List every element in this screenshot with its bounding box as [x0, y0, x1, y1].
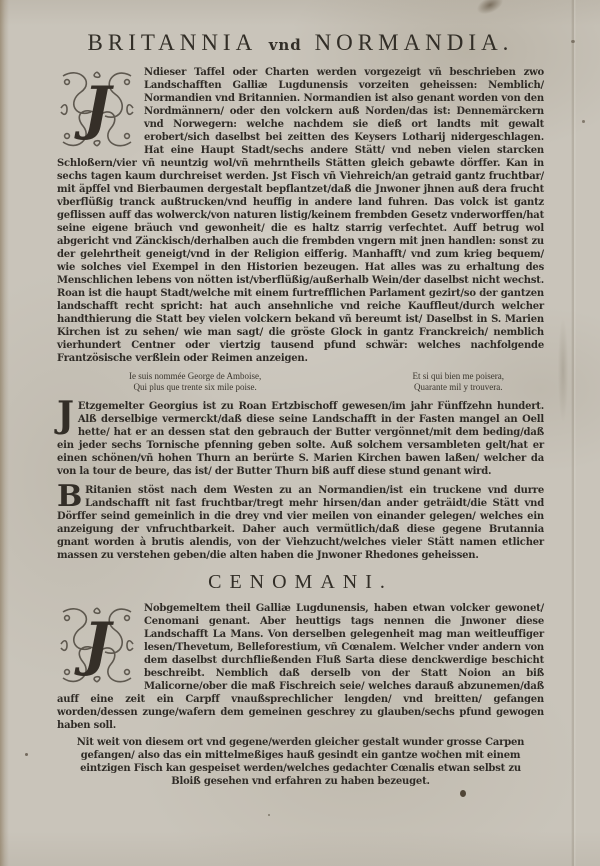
french-verse: Ie suis nommée George de Amboise, Qui pl…: [57, 371, 544, 393]
paragraph-cenomani: J Nobgemeltem theil Galliæ Lugdunensis, …: [57, 602, 544, 732]
paragraph-britanien: B Ritanien stöst nach dem Westen zu an N…: [57, 484, 544, 562]
verse-column-right: Et si qui bien me poisera, Quarante mil …: [413, 371, 504, 393]
dropcap-letter: B: [57, 484, 85, 509]
verse-line: Ie suis nommée George de Amboise,: [129, 371, 261, 382]
paragraph-normandia: J Ndieser Taffel oder Charten werden vor…: [57, 66, 544, 365]
paragraph-text: Ritanien stöst nach dem Westen zu an Nor…: [57, 485, 544, 561]
text-block: BRITANNIA vnd NORMANDIA.: [0, 0, 600, 788]
woodcut-initial-normandia: J: [57, 68, 137, 150]
title-word-normandia: NORMANDIA.: [315, 30, 514, 55]
ink-speck: [460, 790, 466, 797]
section-heading-cenomani: CENOMANI.: [57, 571, 544, 594]
woodcut-initial-cenomani: J: [57, 604, 137, 686]
page-title: BRITANNIA vnd NORMANDIA.: [57, 30, 544, 56]
verse-line: Qui plus que trente six mile poise.: [129, 382, 261, 393]
verse-line: Et si qui bien me poisera,: [413, 371, 504, 382]
dropcap-letter: J: [57, 400, 78, 429]
ink-speck: [268, 814, 270, 816]
paragraph-text: Etzgemelter Georgius ist zu Roan Ertzbis…: [57, 401, 544, 477]
verse-column-left: Ie suis nommée George de Amboise, Qui pl…: [129, 371, 261, 393]
verse-line: Quarante mil y trouvera.: [413, 382, 504, 393]
title-conjunction: vnd: [267, 36, 304, 54]
title-word-britannia: BRITANNIA: [88, 30, 256, 55]
book-page: BRITANNIA vnd NORMANDIA.: [0, 0, 600, 866]
paragraph-cenomani-tail: Nit weit von diesem ort vnd gegene/werde…: [57, 736, 544, 788]
dropcap-letter: J: [83, 102, 110, 115]
paragraph-butter-tower: J Etzgemelter Georgius ist zu Roan Ertzb…: [57, 400, 544, 478]
dropcap-letter: J: [83, 638, 110, 651]
